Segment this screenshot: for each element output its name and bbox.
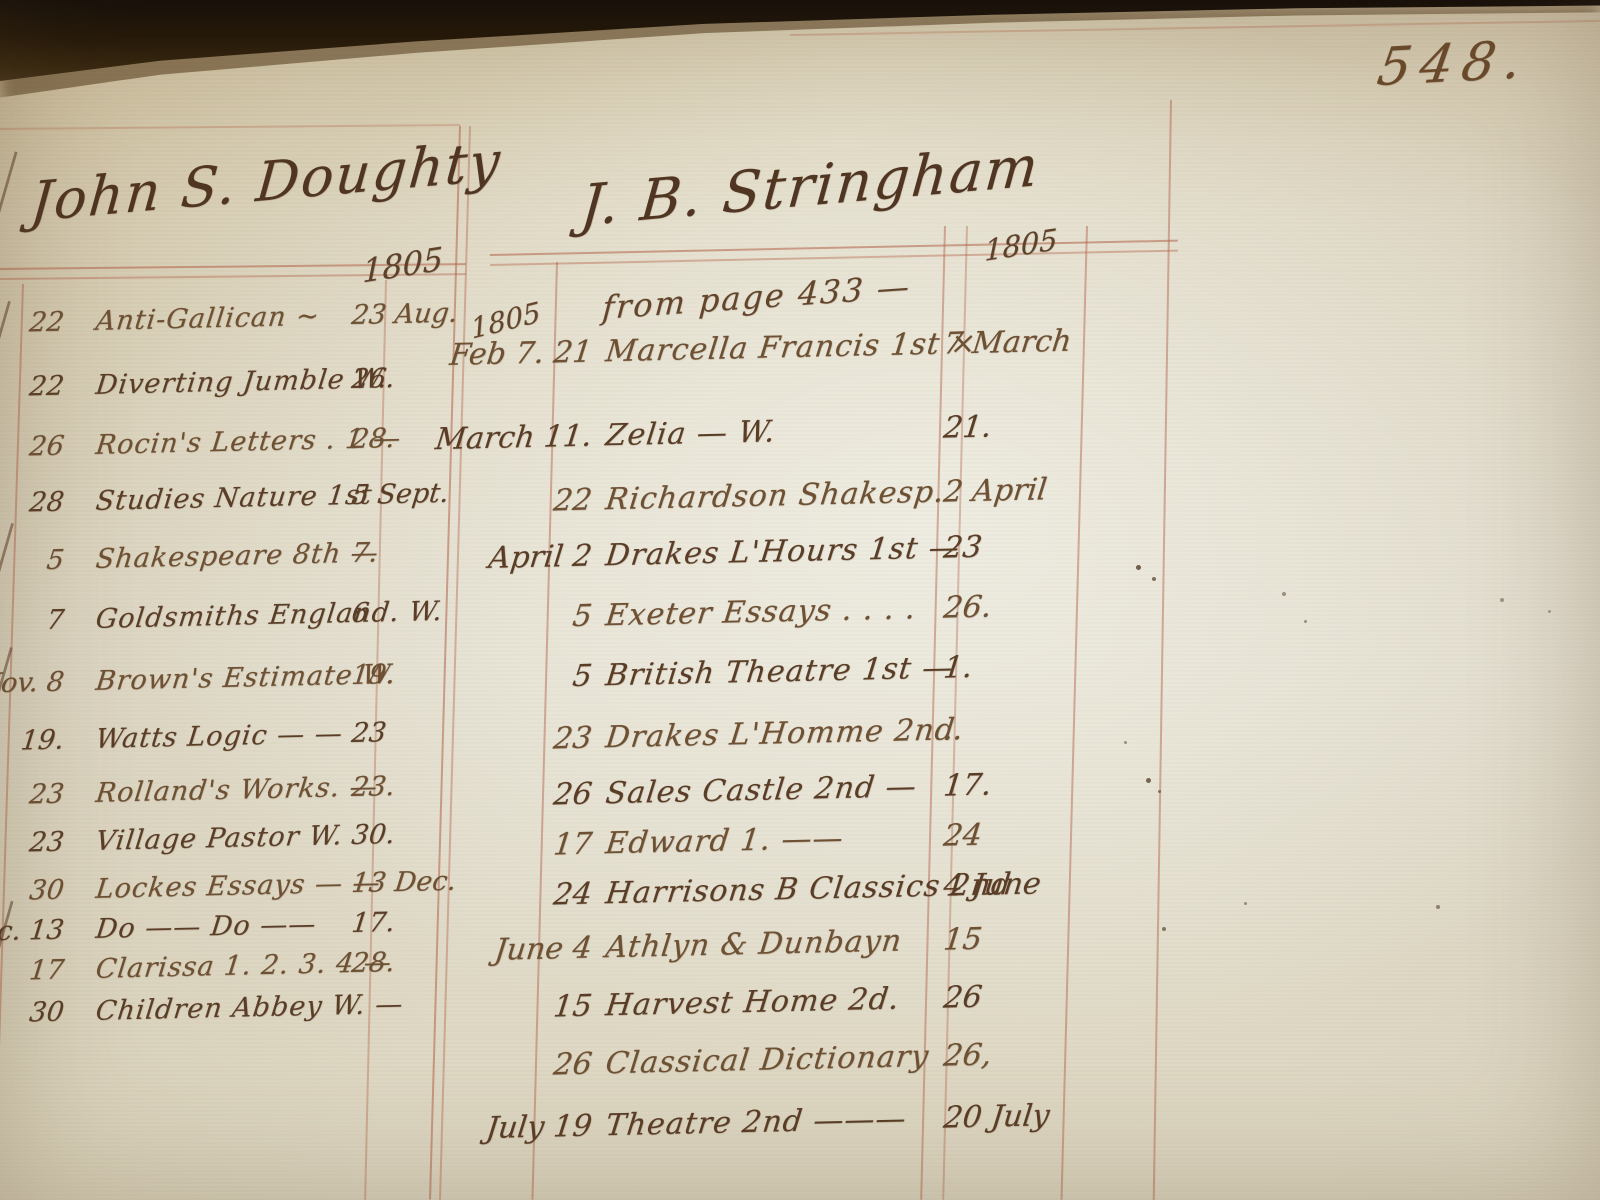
- entry-book-title: Anti-Gallican ~: [94, 301, 321, 337]
- entry-borrow-date: April 2: [487, 539, 594, 576]
- entry-return-date: 24: [942, 818, 984, 854]
- entry-return-date: ..: [942, 712, 965, 748]
- entry-book-title: Athlyn & Dunbayn: [604, 923, 904, 965]
- entry-borrow-date: 23: [552, 721, 594, 757]
- entry-borrow-date: 5: [571, 659, 594, 695]
- entry-return-date: 23: [942, 530, 984, 566]
- entry-return-date: 7 March: [942, 324, 1074, 362]
- cutoff-ink-stroke: [0, 151, 18, 240]
- account-year-left: 1805: [362, 239, 443, 290]
- account-holder-name-left: John S. Doughty: [28, 129, 504, 234]
- ink-speck: [1500, 598, 1504, 602]
- entry-book-title: Zelia — W.: [604, 414, 778, 453]
- entry-return-date: 4 June: [942, 866, 1043, 903]
- ink-speck: [1436, 905, 1440, 909]
- header-rule-right: [490, 240, 1178, 266]
- entry-book-title: Richardson Shakesp.: [604, 475, 947, 518]
- page-number: 548.: [1373, 30, 1534, 99]
- ink-speck: [1548, 610, 1551, 613]
- ink-speck: [1304, 620, 1307, 623]
- entry-return-date: 21.: [942, 409, 994, 445]
- ink-speck: [1244, 902, 1247, 905]
- entry-return-date: 23 Aug.: [350, 298, 459, 331]
- entry-book-title: Classical Dictionary: [604, 1039, 931, 1081]
- entry-book-title: Drakes L'Hours 1st —: [604, 530, 962, 573]
- entry-book-title: Exeter Essays . . . .: [604, 591, 919, 633]
- account-year-right: 1805: [984, 222, 1058, 268]
- ink-speck: [1282, 592, 1286, 596]
- entry-book-title: British Theatre 1st —: [604, 650, 956, 693]
- entry-borrow-date: 15: [552, 989, 594, 1025]
- entry-borrow-date: 17: [552, 827, 594, 863]
- entry-borrow-date: 22: [28, 307, 66, 339]
- entry-book-title: Edward 1. ——: [604, 821, 846, 862]
- entry-borrow-date: Feb 7. 21: [448, 335, 594, 373]
- entry-book-title: Marcella Francis 1st ×: [604, 326, 979, 370]
- entry-borrow-date: June 4: [493, 931, 594, 968]
- entry-borrow-date: July 19: [484, 1109, 594, 1146]
- entry-book-title: Sales Castle 2nd —: [604, 769, 919, 811]
- entry-return-date: 2 April: [942, 472, 1049, 509]
- ink-speck: [1136, 565, 1141, 570]
- ink-speck: [1162, 927, 1166, 931]
- entry-borrow-date: 24: [552, 877, 594, 913]
- ink-speck: [1146, 778, 1151, 783]
- entry-book-title: Drakes L'Homme 2nd: [604, 712, 957, 755]
- entry-return-date: 26,: [942, 1037, 994, 1073]
- entry-borrow-date: 26: [552, 777, 594, 813]
- entry-return-date: 17.: [942, 767, 994, 803]
- entry-return-date: 26.: [942, 589, 994, 625]
- entry-borrow-date: 22: [552, 483, 594, 519]
- entry-book-title: Theatre 2nd ———: [604, 1101, 909, 1143]
- ink-speck: [1158, 790, 1161, 793]
- entry-return-date: 20 July: [942, 1098, 1052, 1135]
- ink-speck: [1152, 577, 1156, 581]
- ruled-line-horizontal: [0, 124, 460, 130]
- entry-borrow-date: March 11.: [433, 419, 593, 458]
- ledger-entry-row: July 19 Theatre 2nd ——— 20 July: [0, 1086, 1600, 1162]
- entry-borrow-date: 5: [571, 599, 594, 635]
- entry-return-date: 26: [942, 980, 984, 1016]
- entry-book-title: Harvest Home 2d.: [604, 982, 902, 1024]
- ink-speck: [1124, 741, 1127, 744]
- entry-return-date: 1.: [942, 650, 975, 686]
- entry-return-date: 15: [942, 922, 984, 958]
- account-holder-name-right: J. B. Stringham: [578, 134, 1042, 240]
- entry-borrow-date: 26: [552, 1047, 594, 1083]
- ledger-page-photo: 548. John S. Doughty 1805 J. B. Stringha…: [0, 0, 1600, 1200]
